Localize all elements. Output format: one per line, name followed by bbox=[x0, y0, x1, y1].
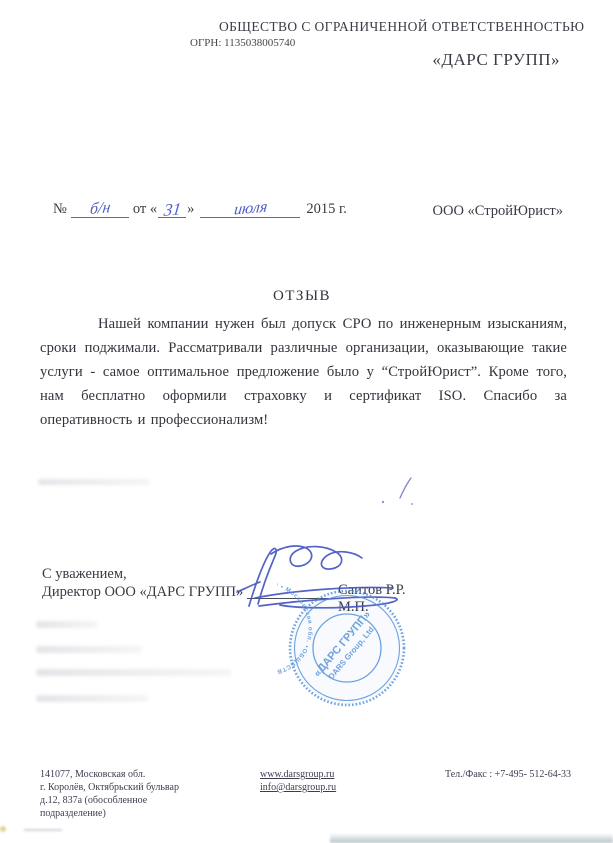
signer-title: Директор ООО «ДАРС ГРУПП» bbox=[42, 584, 243, 601]
ghost-text-smudge bbox=[36, 669, 232, 676]
footer-address-line: г. Королёв, Октябрьский бульвар bbox=[40, 781, 230, 794]
ref-number-prefix: № bbox=[53, 201, 67, 217]
ghost-text-smudge bbox=[38, 479, 150, 485]
addressee: ООО «СтройЮрист» bbox=[413, 203, 563, 220]
letterhead-company-name: «ДАРС ГРУПП» bbox=[430, 50, 560, 70]
footer-address: 141077, Московская обл. г. Королёв, Октя… bbox=[40, 768, 230, 820]
ghost-text-smudge bbox=[36, 695, 148, 702]
ref-month-blank: июля bbox=[200, 201, 300, 218]
stray-pen-marks bbox=[375, 472, 425, 512]
ghost-text-smudge bbox=[36, 646, 142, 653]
ghost-text-smudge bbox=[36, 621, 98, 628]
ref-number-blank: б/н bbox=[71, 201, 129, 218]
handwritten-number: б/н bbox=[89, 199, 112, 219]
scan-edge-band bbox=[330, 834, 613, 843]
footer-email: info@darsgroup.ru bbox=[260, 781, 420, 794]
footer-website: www.darsgroup.ru bbox=[260, 768, 420, 781]
scan-speck bbox=[24, 829, 62, 831]
document-title: ОТЗЫВ bbox=[0, 288, 604, 305]
footer-address-line: 141077, Московская обл. bbox=[40, 768, 230, 781]
letterhead-ogrn: ОГРН: 1135038005740 bbox=[190, 37, 295, 49]
ref-year: 2015 г. bbox=[306, 201, 347, 217]
handwritten-month: июля bbox=[233, 198, 268, 219]
scanned-letter-page: ОБЩЕСТВО С ОГРАНИЧЕННОЙ ОТВЕТСТВЕННОСТЬЮ… bbox=[0, 0, 613, 843]
ref-from-label: от « bbox=[133, 201, 157, 217]
footer-phone: Тел./Факс : +7-495- 512-64-33 bbox=[445, 768, 610, 781]
letter-body: Нашей компании нужен был допуск СРО по и… bbox=[40, 312, 567, 432]
scan-speck bbox=[0, 826, 6, 832]
company-round-stamp: ОБЩЕСТВО С ОГРАНИЧЕННОЙ ОТВЕТСТВЕННОСТЬЮ… bbox=[277, 578, 417, 718]
ref-day-blank: 31 bbox=[158, 201, 186, 218]
closing-line: С уважением, bbox=[42, 566, 127, 583]
footer-links: www.darsgroup.ru info@darsgroup.ru bbox=[260, 768, 420, 794]
letterhead-company-type: ОБЩЕСТВО С ОГРАНИЧЕННОЙ ОТВЕТСТВЕННОСТЬЮ bbox=[219, 19, 584, 35]
handwritten-day: 31 bbox=[162, 199, 181, 221]
reference-line: №б/нот «31»июля2015 г. bbox=[53, 201, 347, 218]
footer-address-line: подразделение) bbox=[40, 807, 230, 820]
ref-quote-close: » bbox=[187, 201, 194, 217]
footer-address-line: д.12, 837а (обособленное bbox=[40, 794, 230, 807]
